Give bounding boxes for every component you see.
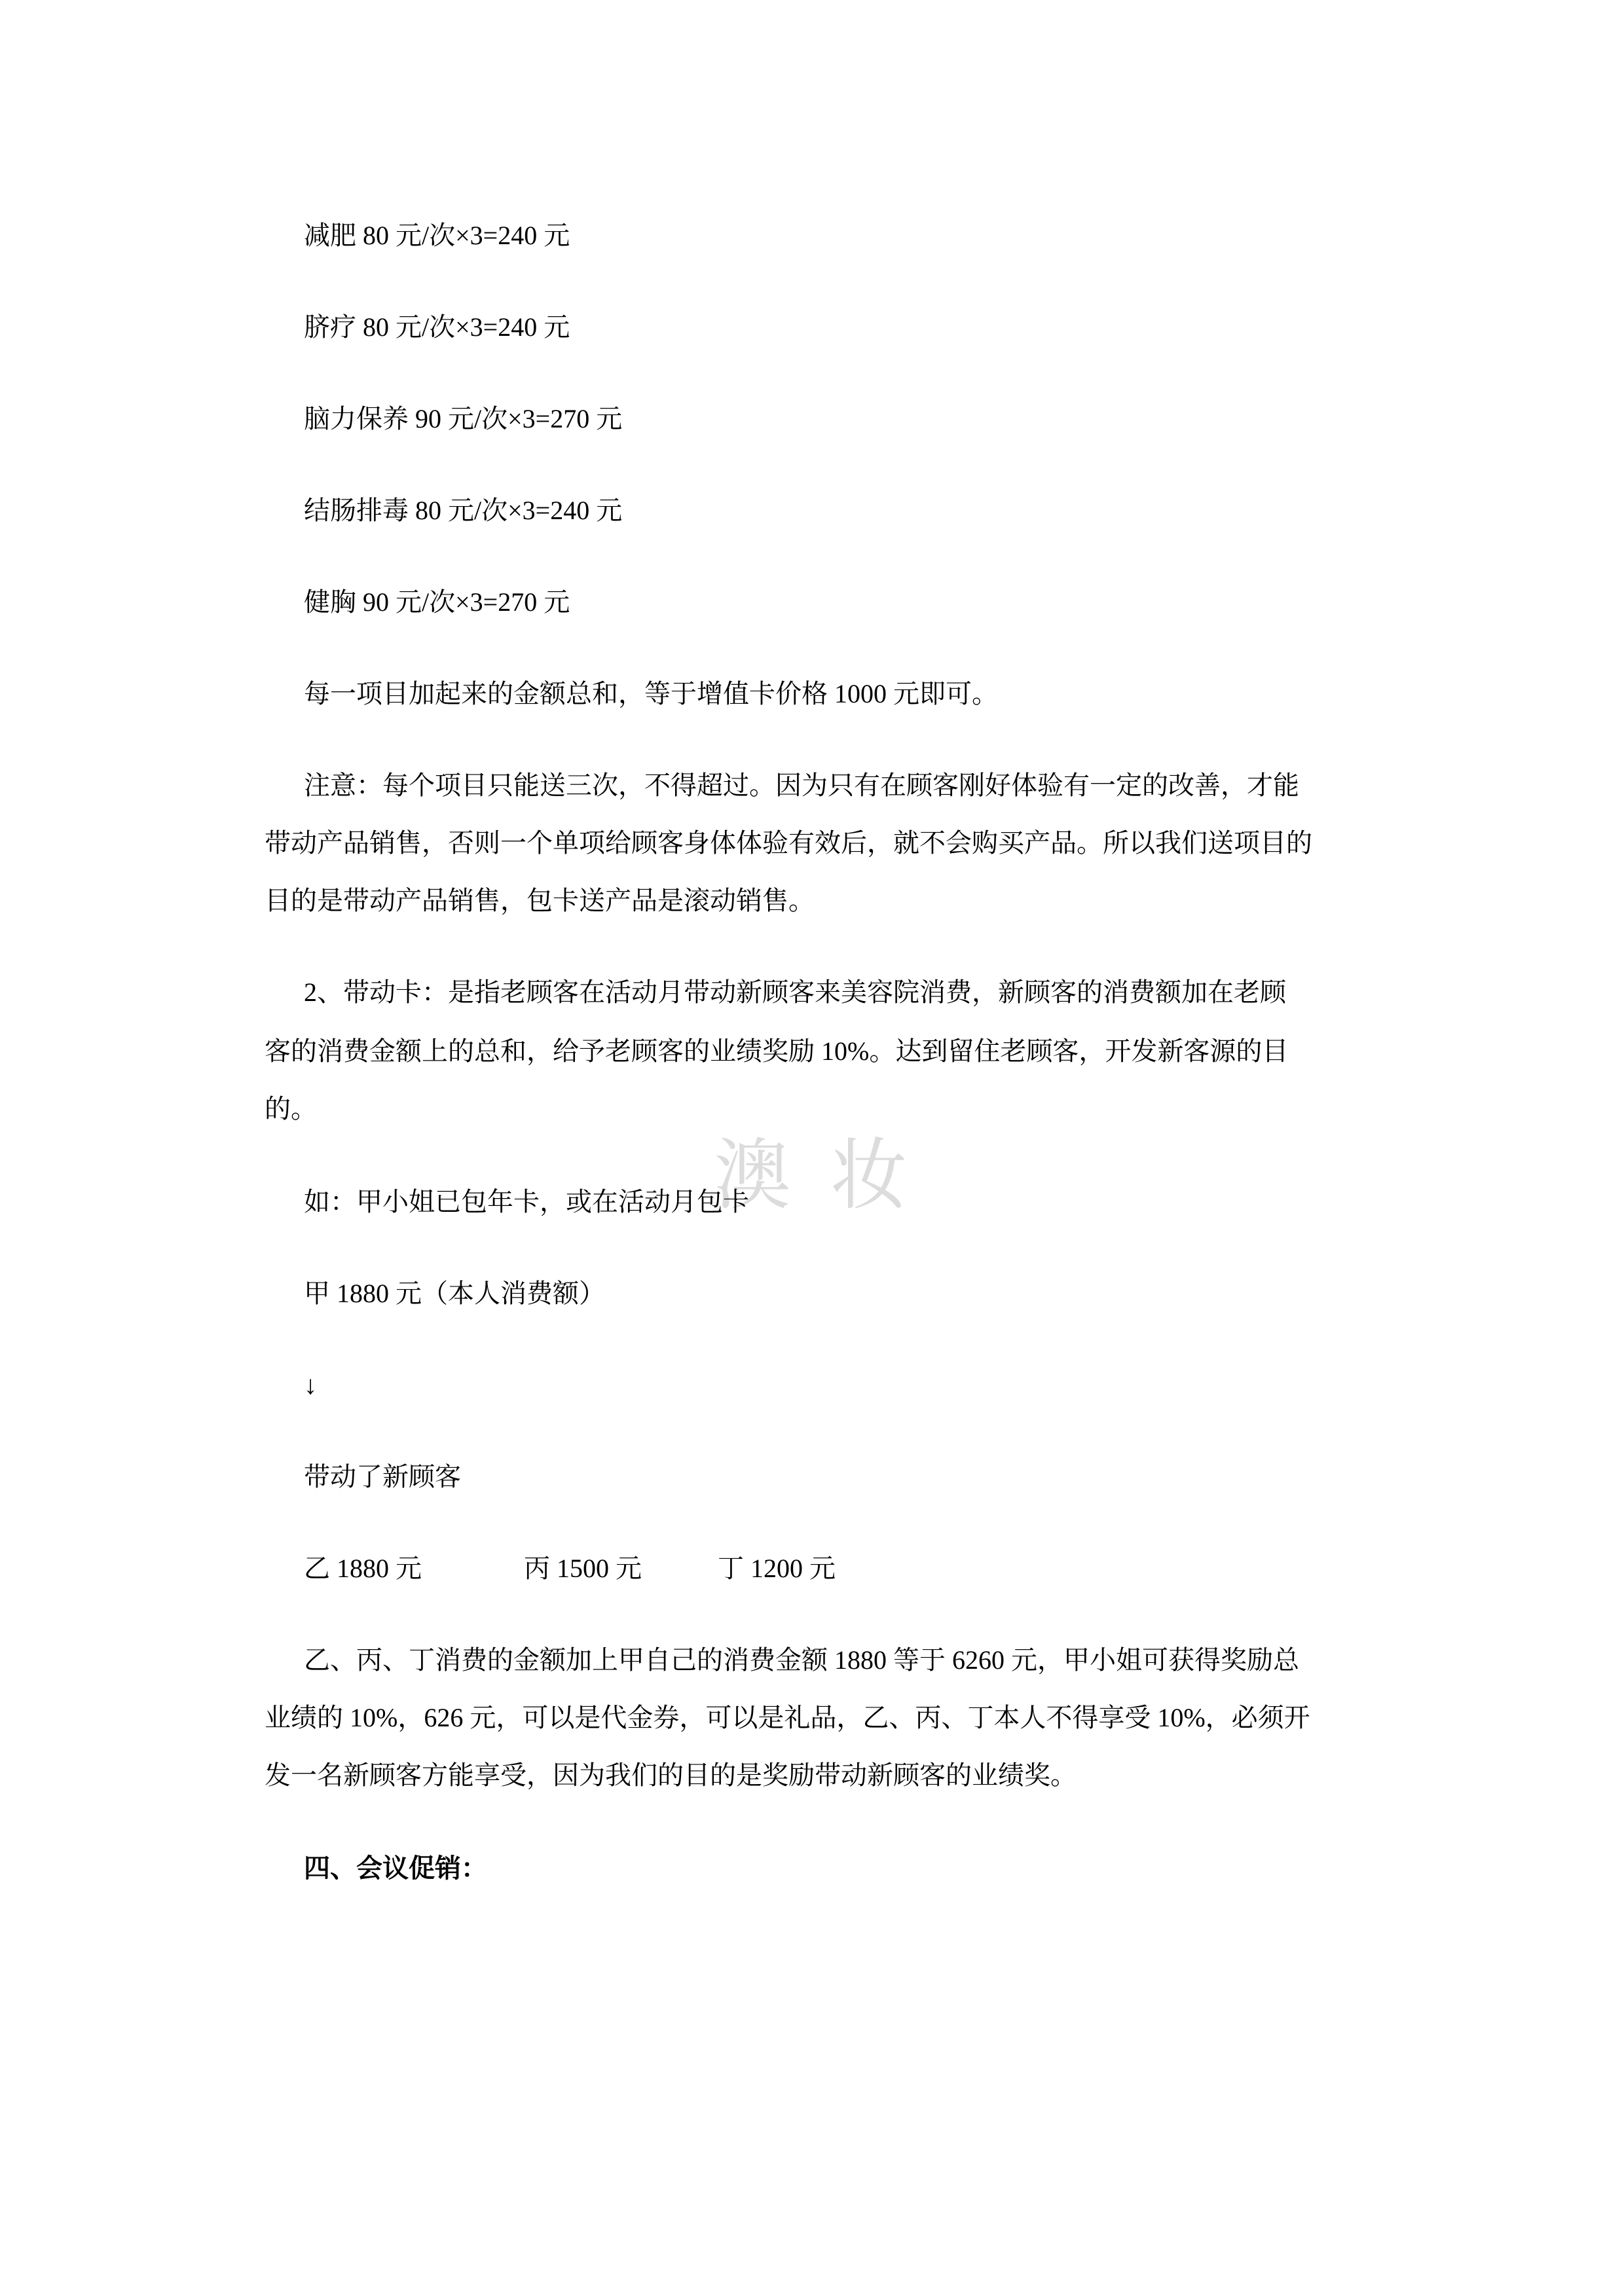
- notice-line-2: 带动产品销售，否则一个单项给顾客身体体验有效后，就不会购买产品。所以我们送项目的: [265, 828, 1312, 859]
- item-navel-therapy: 脐疗 80 元/次×3=240 元: [304, 312, 570, 343]
- section2-line-3: 的。: [265, 1093, 317, 1125]
- example-yi: 乙 1880 元: [304, 1553, 422, 1584]
- item-brain-care: 脑力保养 90 元/次×3=270 元: [304, 403, 622, 435]
- notice-line-3: 目的是带动产品销售，包卡送产品是滚动销售。: [265, 885, 815, 917]
- example-brought: 带动了新顾客: [304, 1461, 461, 1493]
- item-colon-detox: 结肠排毒 80 元/次×3=240 元: [304, 495, 622, 526]
- example-jia: 甲 1880 元（本人消费额）: [304, 1278, 605, 1309]
- sum-note: 每一项目加起来的金额总和，等于增值卡价格 1000 元即可。: [304, 678, 998, 710]
- heading-section-4: 四、会议促销：: [304, 1853, 487, 1884]
- example-intro: 如：甲小姐已包年卡，或在活动月包卡: [304, 1186, 749, 1218]
- item-weight-loss: 减肥 80 元/次×3=240 元: [304, 220, 570, 251]
- example-ding: 丁 1200 元: [718, 1553, 836, 1584]
- conclusion-line-3: 发一名新顾客方能享受，因为我们的目的是奖励带动新顾客的业绩奖。: [265, 1760, 1077, 1791]
- down-arrow-icon: ↓: [304, 1370, 317, 1401]
- conclusion-line-2: 业绩的 10%，626 元，可以是代金券，可以是礼品，乙、丙、丁本人不得享受 1…: [265, 1702, 1310, 1734]
- conclusion-line-1: 乙、丙、丁消费的金额加上甲自己的消费金额 1880 等于 6260 元，甲小姐可…: [304, 1645, 1299, 1676]
- example-bing: 丙 1500 元: [524, 1553, 642, 1584]
- item-breast-care: 健胸 90 元/次×3=270 元: [304, 587, 570, 618]
- notice-line-1: 注意：每个项目只能送三次，不得超过。因为只有在顾客刚好体验有一定的改善，才能: [304, 770, 1299, 801]
- section2-line-2: 客的消费金额上的总和，给予老顾客的业绩奖励 10%。达到留住老顾客，开发新客源的…: [265, 1036, 1288, 1067]
- section2-line-1: 2、带动卡：是指老顾客在活动月带动新顾客来美容院消费，新顾客的消费额加在老顾: [304, 977, 1286, 1008]
